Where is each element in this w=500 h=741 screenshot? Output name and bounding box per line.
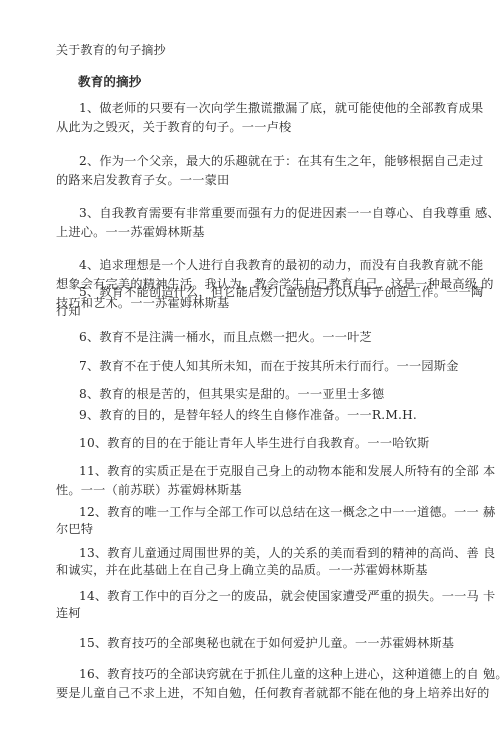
quote-paragraph-9: 9、教育的目的，是替年轻人的终生自修作准备。一一R.M.H.	[79, 407, 417, 423]
paragraph-line: 5、教育不能创造什么，但它能启发儿童创造力以从事于创造工作。一一陶	[79, 284, 483, 300]
quote-paragraph-7: 7、教育不在于使人知其所未知，而在于按其所未行而行。一一园斯金	[79, 358, 459, 374]
paragraph-line: 4、追求理想是一个人进行自我教育的最初的动力，而没有自我教育就不能	[79, 257, 483, 273]
paragraph-line: 的路来启发教育子女。一一蒙田	[56, 172, 229, 188]
paragraph-line: 连柯	[56, 605, 81, 621]
paragraph-line: 上进心。一一苏霍姆林斯基	[56, 224, 205, 240]
paragraph-line: 性。一一（前苏联）苏霍姆林斯基	[56, 482, 242, 498]
paragraph-line: 2、作为一个父亲，最大的乐趣就在于：在其有生之年，能够根据自己走过	[79, 153, 483, 169]
section-heading: 教育的摘抄	[78, 74, 142, 90]
paragraph-line: 11、教育的实质正是在于克服自己身上的动物本能和发展人所特有的全部 本	[79, 463, 495, 479]
quote-paragraph-6: 6、教育不是注满一桶水，而且点燃一把火。一一叶芝	[79, 329, 372, 345]
paragraph-line: 3、自我教育需要有非常重要而强有力的促进因素一一自尊心、自我尊重 感、	[79, 205, 500, 221]
paragraph-line: 从此为之毁灭，关于教育的句子。一一卢梭	[56, 119, 291, 135]
document-title: 关于教育的句子摘抄	[56, 42, 166, 58]
paragraph-line: 和诚实，并在此基础上在自己身上确立美的品质。一一苏霍姆林斯基	[56, 562, 428, 578]
quote-paragraph-15: 15、教育技巧的全部奥秘也就在于如何爱护儿童。一一苏霍姆林斯基	[79, 635, 454, 651]
paragraph-line: 12、教育的唯一工作与全部工作可以总结在这一概念之中一一道德。一一 赫	[79, 504, 495, 520]
paragraph-line: 13、教育儿童通过周围世界的美，人的关系的美而看到的精神的高尚、善 良	[79, 545, 495, 561]
paragraph-line: 行知	[56, 303, 81, 319]
paragraph-line: 16、教育技巧的全部诀窍就在于抓住儿童的这种上进心，这种道德上的自 勉。	[79, 666, 500, 682]
quote-paragraph-10: 10、教育的目的在于能让青年人毕生进行自我教育。一一哈钦斯	[79, 435, 429, 451]
paragraph-line: 14、教育工作中的百分之一的废品，就会使国家遭受严重的损失。一一马 卡	[79, 588, 495, 604]
quote-paragraph-8: 8、教育的根是苦的，但其果实是甜的。一一亚里士多德	[79, 386, 384, 402]
paragraph-line: 1、做老师的只要有一次向学生撒谎撒漏了底，就可能使他的全部教育成果	[79, 100, 483, 116]
paragraph-line: 尔巴特	[56, 521, 93, 537]
paragraph-line: 要是儿童自己不求上进，不知自勉，任何教育者就都不能在他的身上培养出好的	[56, 685, 490, 701]
document-page: 关于教育的句子摘抄 教育的摘抄 1、做老师的只要有一次向学生撒谎撒漏了底，就可能…	[0, 0, 500, 741]
